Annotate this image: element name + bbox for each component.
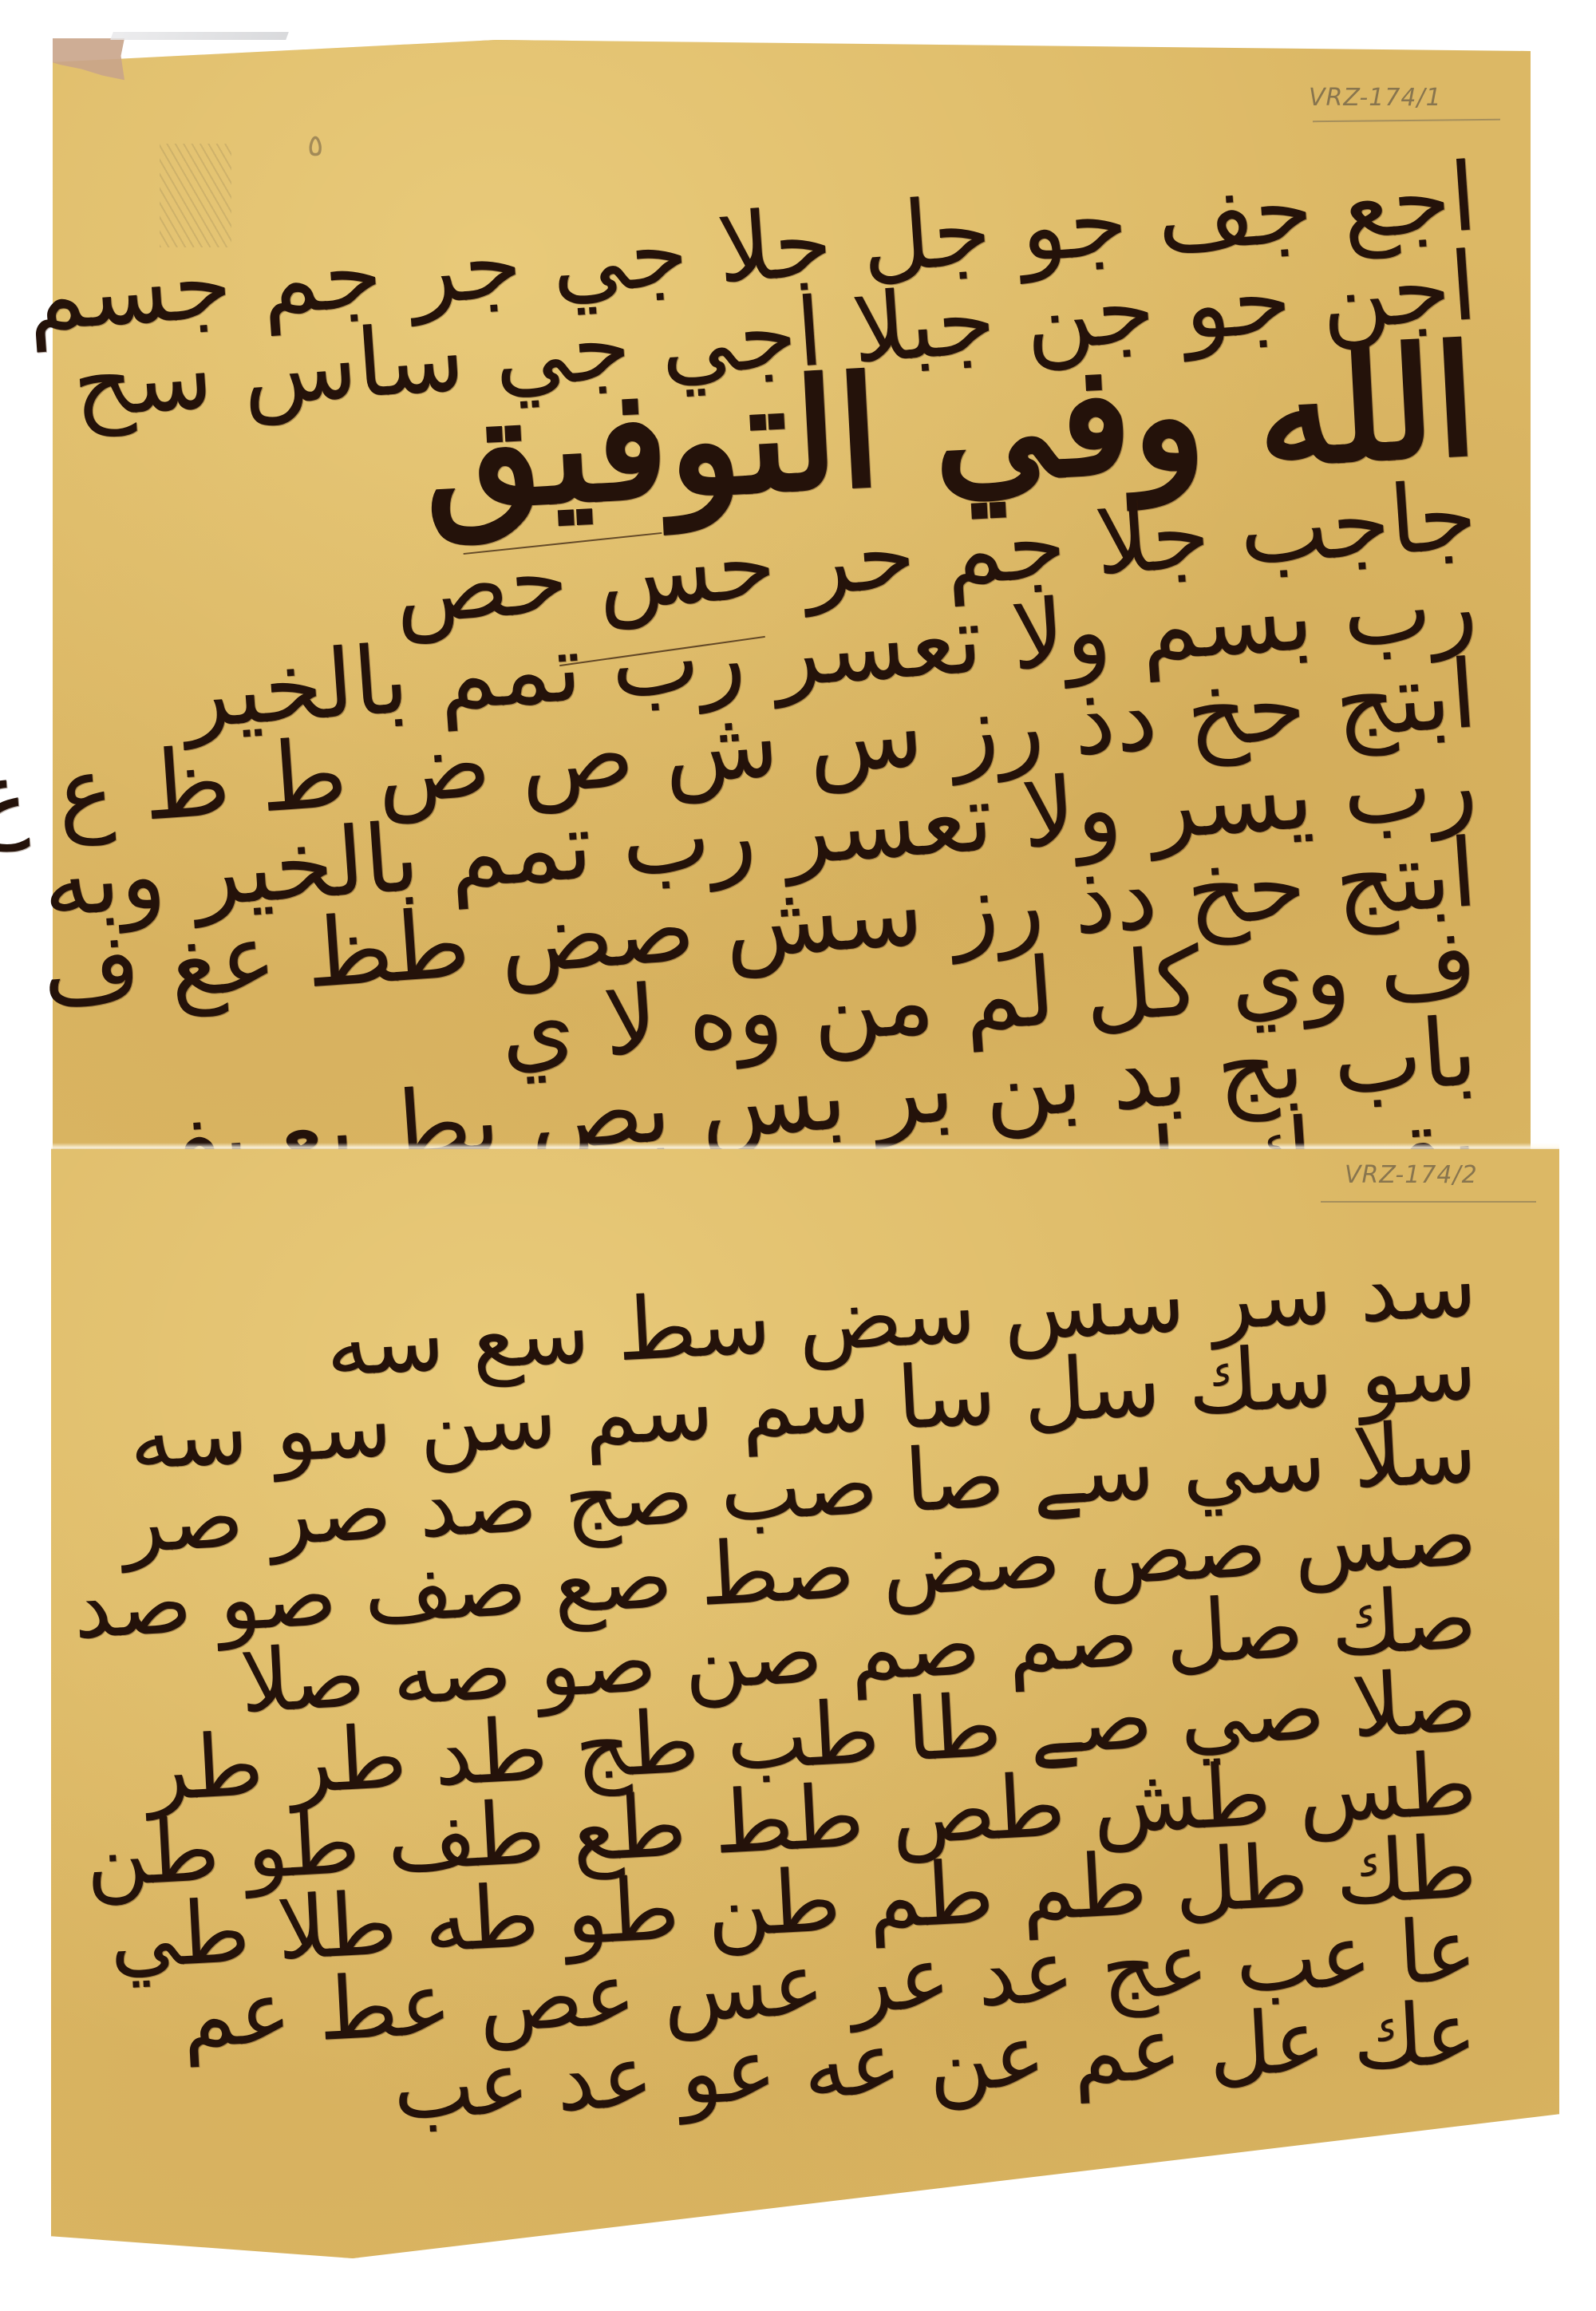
top-calligraphy-block: اجع جف جو جل جلا جي جر جم جسم اجن جو جن … [239, 152, 1476, 1185]
catalog-label-bottom: VRZ-174/2 [1345, 1161, 1478, 1189]
paper-edge [110, 32, 289, 40]
bottom-calligraphy-block: سد سر سس سض سط سع سه سو سك سل سا سم سم س… [199, 1245, 1476, 2075]
catalog-underline-bottom [1321, 1201, 1536, 1203]
catalog-label-top: VRZ-174/1 [1309, 84, 1442, 112]
